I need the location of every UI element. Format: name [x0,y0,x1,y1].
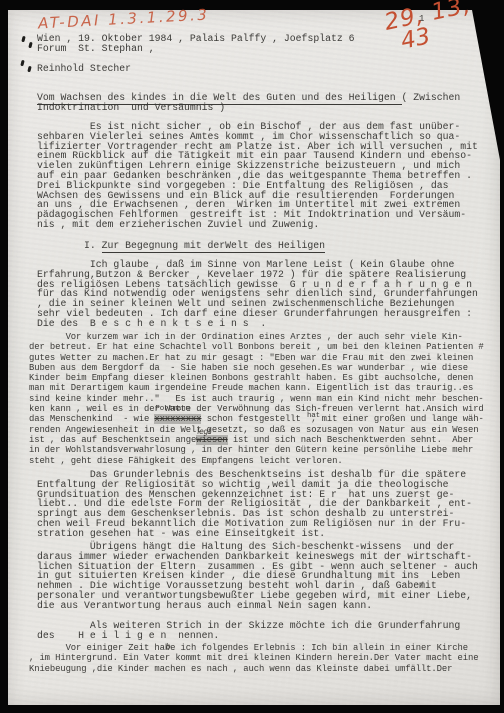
section-heading: I. Zur Begegnung mit derWelt des Heilige… [84,241,325,251]
document-title-line2: Indoktrination und Versäumnis ) [37,103,225,113]
text-line: Vor kurzem war ich in der Ordination ein… [29,332,484,342]
text-line: Die des B e s c h e n k t s e i n s . [37,319,478,329]
title-tail-text: ( Zwischen [402,92,461,103]
text-line: renden Angewiesenheit in die Welt gesetz… [29,425,484,435]
text-line: das Menschenkind - wie xxxxxxxxxPortmann… [29,414,484,424]
text-line: ken kann , weil es in der Watte der Verw… [29,404,484,414]
text-line: die aus Verantwortung heraus auch einmal… [37,601,478,611]
author-name: Reinhold Stecher [37,64,131,74]
paragraph-introduction: Es ist nicht sicher , ob ein Bischof , d… [37,122,478,230]
paragraph-grunderlebnis: Das Grunderlebnis des Beschenktseins ist… [37,470,472,539]
text-line: Kinder beim Empfang dieser kleinen Bonbo… [29,373,484,383]
text-line: Vor einiger Zeit habbe ich folgendes Erl… [29,643,478,653]
paragraph-grunderfahrungen: Ich glaube , daß im Sinne von Marlene Le… [37,260,478,329]
text-line: Kniebeugung ,die Kinder machen es nach ,… [29,664,478,674]
typed-correction: xxxxxxxxxPortmann [154,414,201,424]
text-line: , im Hintergrund. Ein Vater kommt mit dr… [29,653,478,663]
section-heading-underlined: Zur Begegnung mit derWelt des Heiligen [102,240,325,253]
text-line: des H e i l i g e n nennen. [37,631,460,641]
text-line: ist , das auf Beschenktsein angewiesenle… [29,435,484,445]
paragraph-dankbarkeit: Übrigens hängt die Haltung des Sich-besc… [37,542,478,611]
paragraph-kirche-story: Vor einiger Zeit habbe ich folgendes Erl… [29,643,478,674]
text-line: Buben aus dem Bergdorf da - Sie haben si… [29,363,484,373]
typed-correction: wiesenlegt [196,435,227,445]
paragraph-bonbons-story: Vor kurzem war ich in der Ordination ein… [29,332,484,466]
text-line: der betreut. Er hat eine Schachtel voll … [29,342,484,352]
text-line: nis , mit dem erzieherischen Zuviel und … [37,220,478,230]
paragraph-heiligen-intro: Als weiteren Strich in der Skizze möchte… [37,621,460,641]
header-forum-line: Forum St. Stephan , [37,44,155,54]
text-line: man mit Derartigem kaum irgendeine Freud… [29,383,484,393]
text-line: sind keine kinder mehr.." Es ist auch tr… [29,394,484,404]
text-line: steht , geht diese Fähigkeit des Empfang… [29,456,484,466]
section-number: I. [84,240,102,251]
text-line: stration gesehen hat - was eine Einseitg… [37,529,472,539]
text-line: in der Wohlstandsverwahrlosung , in der … [29,445,484,455]
document-page: Wien , 19. Oktober 1984 , Palais Palffy … [8,10,500,705]
text-line: gutes Wetter zu machen.Er hat zu mir ges… [29,353,484,363]
